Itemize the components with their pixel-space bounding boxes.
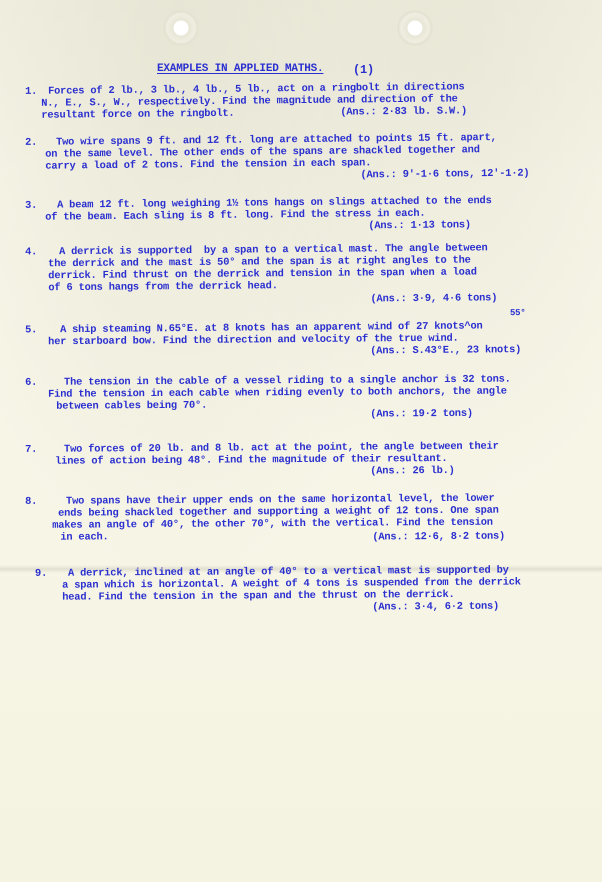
question-number: 7. [25, 444, 37, 457]
question-text-line: Find the tension in each cable when ridi… [48, 386, 507, 402]
answer: (Ans.: 3·4, 6·2 tons) [372, 601, 499, 614]
question-7: 7. Two forces of 20 lb. and 8 lb. act at… [0, 440, 602, 444]
question-4: 4. A derrick is supported by a span to a… [0, 241, 602, 246]
question-1: 1. Forces of 2 lb., 3 lb., 4 lb., 5 lb.,… [0, 80, 602, 86]
document-title: EXAMPLES IN APPLIED MATHS. [157, 63, 323, 75]
question-number: 2. [25, 137, 37, 150]
answer: (Ans.: 2·83 lb. S.W.) [340, 105, 467, 119]
question-3: 3. A beam 12 ft. long weighing 1½ tons h… [0, 194, 602, 200]
question-5: 55° 5. A ship steaming N.65°E. at 8 knot… [0, 319, 602, 324]
question-text-line: resultant force on the ringbolt. [41, 108, 234, 123]
answer: (Ans.: S.43°E., 23 knots) [370, 344, 521, 358]
question-text-line: of 6 tons hangs from the derrick head. [48, 280, 277, 295]
answer: (Ans.: 19·2 tons) [370, 408, 473, 421]
question-8: 8. Two spans have their upper ends on th… [0, 492, 602, 496]
question-number: 3. [25, 200, 37, 213]
question-number: 1. [25, 86, 37, 99]
question-number: 4. [25, 246, 37, 259]
answer: (Ans.: 9'-1·6 tons, 12'-1·2) [360, 168, 529, 182]
punch-hole-left [163, 10, 199, 46]
question-6: 6. The tension in the cable of a vessel … [0, 373, 602, 377]
question-text-line: makes an angle of 40°, the other 70°, wi… [52, 517, 493, 533]
question-number: 5. [25, 324, 37, 337]
question-number: 6. [25, 377, 37, 390]
page-number: (1) [353, 63, 374, 77]
question-text-line: carry a load of 2 tons. Find the tension… [45, 157, 371, 173]
question-number: 9. [35, 568, 47, 581]
answer: (Ans.: 26 lb.) [370, 465, 455, 478]
answer: (Ans.: 12·6, 8·2 tons) [372, 531, 505, 544]
handwritten-annotation: 55° [510, 307, 526, 320]
question-text-line: between cables being 70°. [56, 400, 207, 414]
punch-hole-right [397, 10, 433, 46]
question-text-line: in each. [60, 531, 108, 544]
document-page: EXAMPLES IN APPLIED MATHS. (1) 1. Forces… [0, 0, 602, 882]
question-2: 2. Two wire spans 9 ft. and 12 ft. long … [0, 131, 602, 137]
answer: (Ans.: 1·13 tons) [368, 219, 471, 233]
answer: (Ans.: 3·9, 4·6 tons) [370, 292, 497, 306]
question-number: 8. [25, 496, 37, 509]
